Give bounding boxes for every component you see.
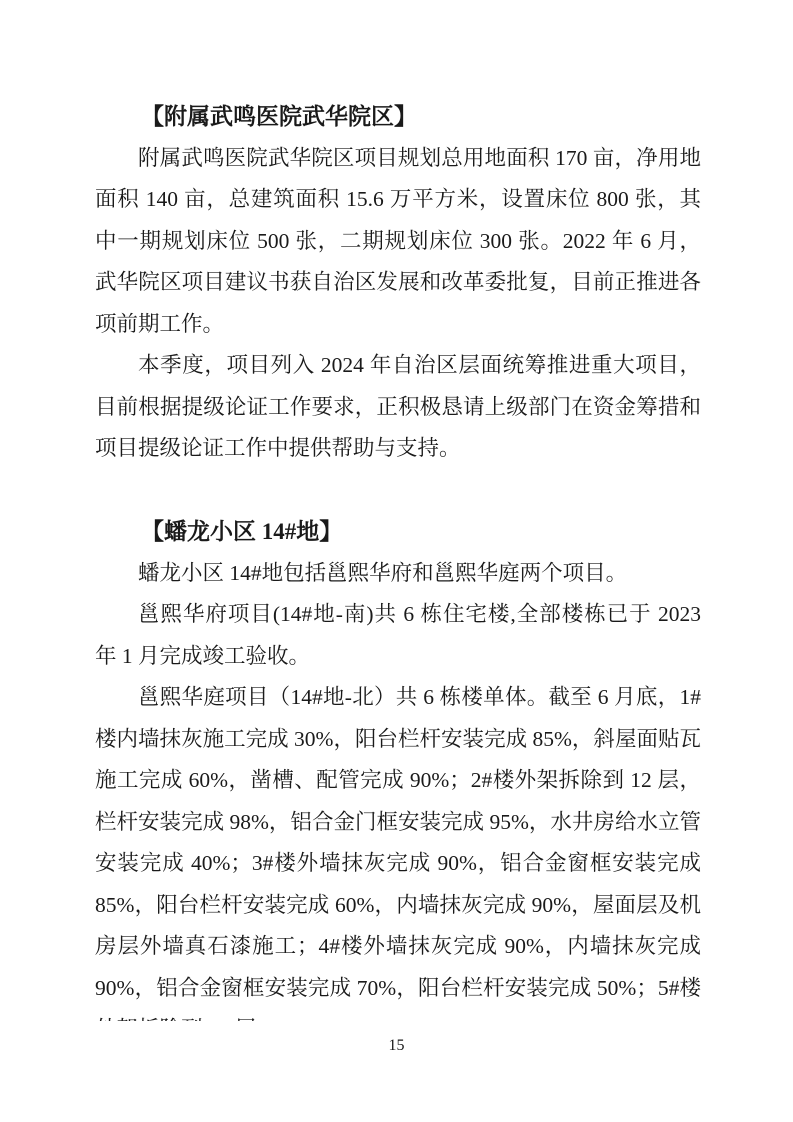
document-body: 【附属武鸣医院武华院区】 附属武鸣医院武华院区项目规划总用地面积 170 亩，净… (95, 96, 701, 1021)
section-heading-panlong-plot14: 【蟠龙小区 14#地】 (95, 511, 701, 553)
section-heading-wuming-hospital: 【附属武鸣医院武华院区】 (95, 96, 701, 138)
page-number: 15 (0, 1034, 793, 1058)
paragraph-hospital-overview: 附属武鸣医院武华院区项目规划总用地面积 170 亩，净用地面积 140 亩，总建… (95, 138, 701, 346)
document-page: 【附属武鸣医院武华院区】 附属武鸣医院武华院区项目规划总用地面积 170 亩，净… (0, 0, 793, 1122)
paragraph-plot14-overview: 蟠龙小区 14#地包括邕熙华府和邕熙华庭两个项目。 (95, 553, 701, 595)
paragraph-yongxi-huafu: 邕熙华府项目(14#地-南)共 6 栋住宅楼,全部楼栋已于 2023 年 1 月… (95, 594, 701, 677)
paragraph-yongxi-huating-progress: 邕熙华庭项目（14#地-北）共 6 栋楼单体。截至 6 月底，1#楼内墙抹灰施工… (95, 677, 701, 1021)
paragraph-hospital-quarter-update: 本季度，项目列入 2024 年自治区层面统筹推进重大项目，目前根据提级论证工作要… (95, 345, 701, 470)
